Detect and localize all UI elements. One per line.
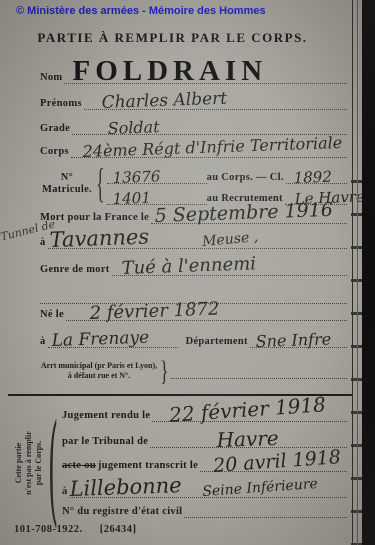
prenoms-line: Charles Albert bbox=[84, 91, 347, 110]
registre-label: N° du registre d'état civil bbox=[62, 506, 184, 518]
transcrit-label: jugement transcrit le bbox=[98, 460, 200, 472]
matricule-label: N° Matricule. bbox=[40, 172, 94, 196]
prenoms-value: Charles Albert bbox=[101, 89, 227, 113]
corps-line: 24ème Régt d'Infrie Territoriale bbox=[71, 139, 347, 158]
field-ne-le: Né le 2 février 1872 bbox=[40, 303, 347, 321]
jugement-lieu-value: Lillebonne bbox=[69, 473, 182, 501]
jugement-lieu-dept: Seine Inférieure bbox=[202, 476, 318, 500]
arrondissement-line-wrap bbox=[171, 363, 347, 379]
jugement-margin-line1: Cette partie bbox=[14, 403, 24, 523]
nom-label: Nom bbox=[40, 72, 64, 84]
arrondissement-line bbox=[171, 362, 347, 379]
form-reference: 101-708-1922. [26434] bbox=[14, 524, 151, 535]
mort-line: 5 Septembre 1916 bbox=[151, 205, 347, 224]
page-margin-rule bbox=[352, 0, 358, 545]
scan-background-edge bbox=[362, 0, 375, 545]
arrondissement-label: Arrt municipal (pr Paris et Lyon), à déf… bbox=[40, 361, 158, 380]
field-genre-mort: Genre de mort Tué à l'ennemi bbox=[40, 258, 347, 276]
jugement-brace: ( bbox=[48, 404, 58, 542]
departement-label: Département bbox=[178, 336, 250, 348]
arrondissement-label-line1: Arrt municipal (pr Paris et Lyon), bbox=[40, 361, 158, 371]
genre-mort-label: Genre de mort bbox=[40, 264, 112, 276]
lieu-mort-label: à bbox=[40, 237, 48, 249]
ne-le-value: 2 février 1872 bbox=[89, 298, 219, 324]
transcrit-label-struck: acte ou bbox=[62, 460, 98, 472]
matricule-corps-line: 13676 bbox=[107, 162, 207, 184]
field-jugement-lieu: à Lillebonne Seine Inférieure bbox=[62, 478, 347, 498]
field-arrondissement: Arrt municipal (pr Paris et Lyon), à déf… bbox=[40, 358, 347, 384]
field-transcrit: acte ou jugement transcrit le 20 avril 1… bbox=[62, 454, 347, 472]
jugement-rendu-line: 22 février 1918 bbox=[152, 403, 347, 422]
lieu-mort-value: Tavannes bbox=[49, 225, 149, 252]
ne-le-line: 2 février 1872 bbox=[66, 302, 347, 321]
death-record-scan: © Ministère des armées - Mémoire des Hom… bbox=[0, 0, 375, 545]
genre-mort-line: Tué à l'ennemi bbox=[112, 257, 347, 276]
grade-value: Soldat bbox=[107, 117, 160, 138]
jugement-lieu-label: à bbox=[62, 486, 70, 498]
matricule-row-corps: 13676 au Corps. — Cl. 1892 bbox=[107, 163, 347, 184]
field-jugement-rendu: Jugement rendu le 22 février 1918 bbox=[62, 404, 347, 422]
lieu-naissance-value: La Frenaye bbox=[51, 328, 149, 351]
arrondissement-brace: } bbox=[160, 354, 169, 388]
transcrit-line: 20 avril 1918 bbox=[200, 453, 347, 472]
prenoms-label: Prénoms bbox=[40, 98, 84, 110]
field-prenoms: Prénoms Charles Albert bbox=[40, 92, 347, 110]
au-corps-label: au Corps. — Cl. bbox=[207, 172, 286, 184]
matricule-brace: { bbox=[96, 160, 105, 208]
jugement-margin-line2: n'est pas à remplir bbox=[24, 403, 34, 523]
genre-mort-value: Tué à l'ennemi bbox=[121, 253, 256, 279]
form-header: PARTIE À REMPLIR PAR LE CORPS. bbox=[0, 30, 345, 46]
lieu-mort-dept: Meuse , bbox=[202, 229, 259, 250]
lieu-naissance-label: à bbox=[40, 336, 48, 348]
field-nom: Nom FOLDRAIN bbox=[40, 54, 347, 84]
reference-bracket: [26434] bbox=[100, 524, 137, 535]
archive-watermark: © Ministère des armées - Mémoire des Hom… bbox=[16, 5, 266, 17]
field-grade: Grade Soldat bbox=[40, 117, 347, 135]
field-tribunal: par le Tribunal de Havre bbox=[62, 430, 347, 448]
jugement-margin-line3: par le Corps. bbox=[34, 403, 44, 523]
jugement-rendu-label: Jugement rendu le bbox=[62, 410, 152, 422]
reference-number: 101-708-1922. bbox=[14, 524, 83, 535]
arrondissement-row bbox=[171, 363, 347, 379]
jugement-lieu-line: Lillebonne Seine Inférieure bbox=[70, 477, 347, 498]
departement-line: Sne Infre bbox=[250, 329, 347, 348]
jugement-margin-text: Cette partie n'est pas à remplir par le … bbox=[14, 403, 44, 523]
nom-line: FOLDRAIN bbox=[64, 53, 347, 84]
grade-line: Soldat bbox=[72, 116, 347, 135]
field-corps: Corps 24ème Régt d'Infrie Territoriale bbox=[40, 140, 347, 158]
classe-line: 1892 bbox=[286, 162, 347, 184]
lieu-mort-line: Tavannes Meuse , bbox=[48, 228, 347, 249]
lieu-naissance-line: La Frenaye bbox=[48, 329, 178, 348]
matricule-label-line2: Matricule. bbox=[40, 184, 94, 196]
field-registre: N° du registre d'état civil bbox=[62, 500, 347, 518]
registre-line bbox=[184, 499, 347, 518]
field-lieu-naissance: à La Frenaye Département Sne Infre bbox=[40, 330, 347, 348]
grade-label: Grade bbox=[40, 123, 72, 135]
tribunal-line: Havre bbox=[150, 429, 347, 448]
tribunal-label: par le Tribunal de bbox=[62, 436, 150, 448]
ne-le-label: Né le bbox=[40, 309, 66, 321]
departement-value: Sne Infre bbox=[255, 329, 331, 351]
arrondissement-label-line2: à défaut rue et N°. bbox=[40, 371, 158, 381]
field-mort: Mort pour la France le 5 Septembre 1916 bbox=[40, 206, 347, 224]
jugement-rendu-value: 22 février 1918 bbox=[169, 392, 327, 427]
mort-label: Mort pour la France le bbox=[40, 212, 151, 224]
nom-value: FOLDRAIN bbox=[72, 55, 267, 88]
field-lieu-mort: à Tavannes Meuse , bbox=[40, 229, 347, 249]
matricule-recrutement-line: 1401 bbox=[107, 183, 207, 205]
corps-label: Corps bbox=[40, 146, 71, 158]
tribunal-value: Havre bbox=[216, 426, 279, 452]
matricule-label-line1: N° bbox=[40, 172, 94, 184]
